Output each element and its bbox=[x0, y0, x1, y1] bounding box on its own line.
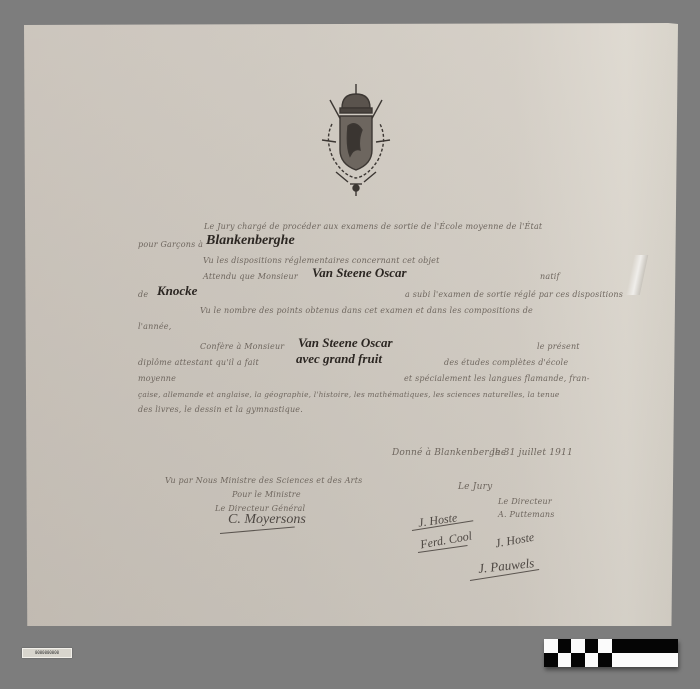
grade: avec grand fruit bbox=[296, 351, 382, 367]
subjects-line: çaise, allemande et anglaise, la géograp… bbox=[138, 390, 560, 399]
present-label: le présent bbox=[537, 342, 580, 351]
catalog-label-tag: 0000000000 bbox=[22, 648, 72, 658]
confere-line: Confère à Monsieur bbox=[200, 342, 284, 351]
ministre-line: Vu par Nous Ministre des Sciences et des… bbox=[165, 476, 362, 485]
scale-bar-top-row bbox=[544, 639, 678, 653]
diplome-line: diplôme attestant qu'il a fait bbox=[138, 358, 259, 367]
town-name: Blankenberghe bbox=[206, 233, 295, 249]
birthplace: Knocke bbox=[157, 283, 197, 299]
natif-label: natif bbox=[540, 272, 560, 281]
given-at: Donné à Blankenberghe bbox=[392, 448, 506, 458]
student-name-2: Van Steene Oscar bbox=[298, 335, 393, 351]
intro-line-1: Le Jury chargé de procéder aux examens d… bbox=[204, 222, 542, 231]
etudes-line: des études complètes d'école bbox=[444, 358, 568, 367]
examen-line: a subi l'examen de sortie réglé par ces … bbox=[405, 290, 623, 299]
directeur-label: Le Directeur bbox=[498, 497, 552, 506]
moyenne-label: moyenne bbox=[138, 374, 176, 383]
regulations-line: Vu les dispositions réglementaires conce… bbox=[203, 256, 440, 265]
coat-of-arms-icon bbox=[318, 80, 394, 200]
date: le 31 juillet 1911 bbox=[492, 448, 573, 458]
color-scale-bar bbox=[544, 639, 678, 667]
pour-le-ministre: Pour le Ministre bbox=[232, 490, 301, 499]
student-name: Van Steene Oscar bbox=[312, 265, 407, 281]
jury-label: Le Jury bbox=[458, 482, 492, 492]
points-line: Vu le nombre des points obtenus dans cet… bbox=[200, 306, 533, 315]
scale-bar-bottom-row bbox=[544, 653, 678, 667]
secretary-name: A. Puttemans bbox=[498, 510, 555, 519]
subjects-end-line: des livres, le dessin et la gymnastique. bbox=[138, 405, 303, 414]
intro-line-2: pour Garçons à bbox=[138, 240, 203, 249]
de-label: de bbox=[138, 290, 148, 299]
annee-line: l'année, bbox=[138, 322, 171, 331]
langues-line: et spécialement les langues flamande, fr… bbox=[404, 374, 590, 383]
attendu-line: Attendu que Monsieur bbox=[203, 272, 298, 281]
